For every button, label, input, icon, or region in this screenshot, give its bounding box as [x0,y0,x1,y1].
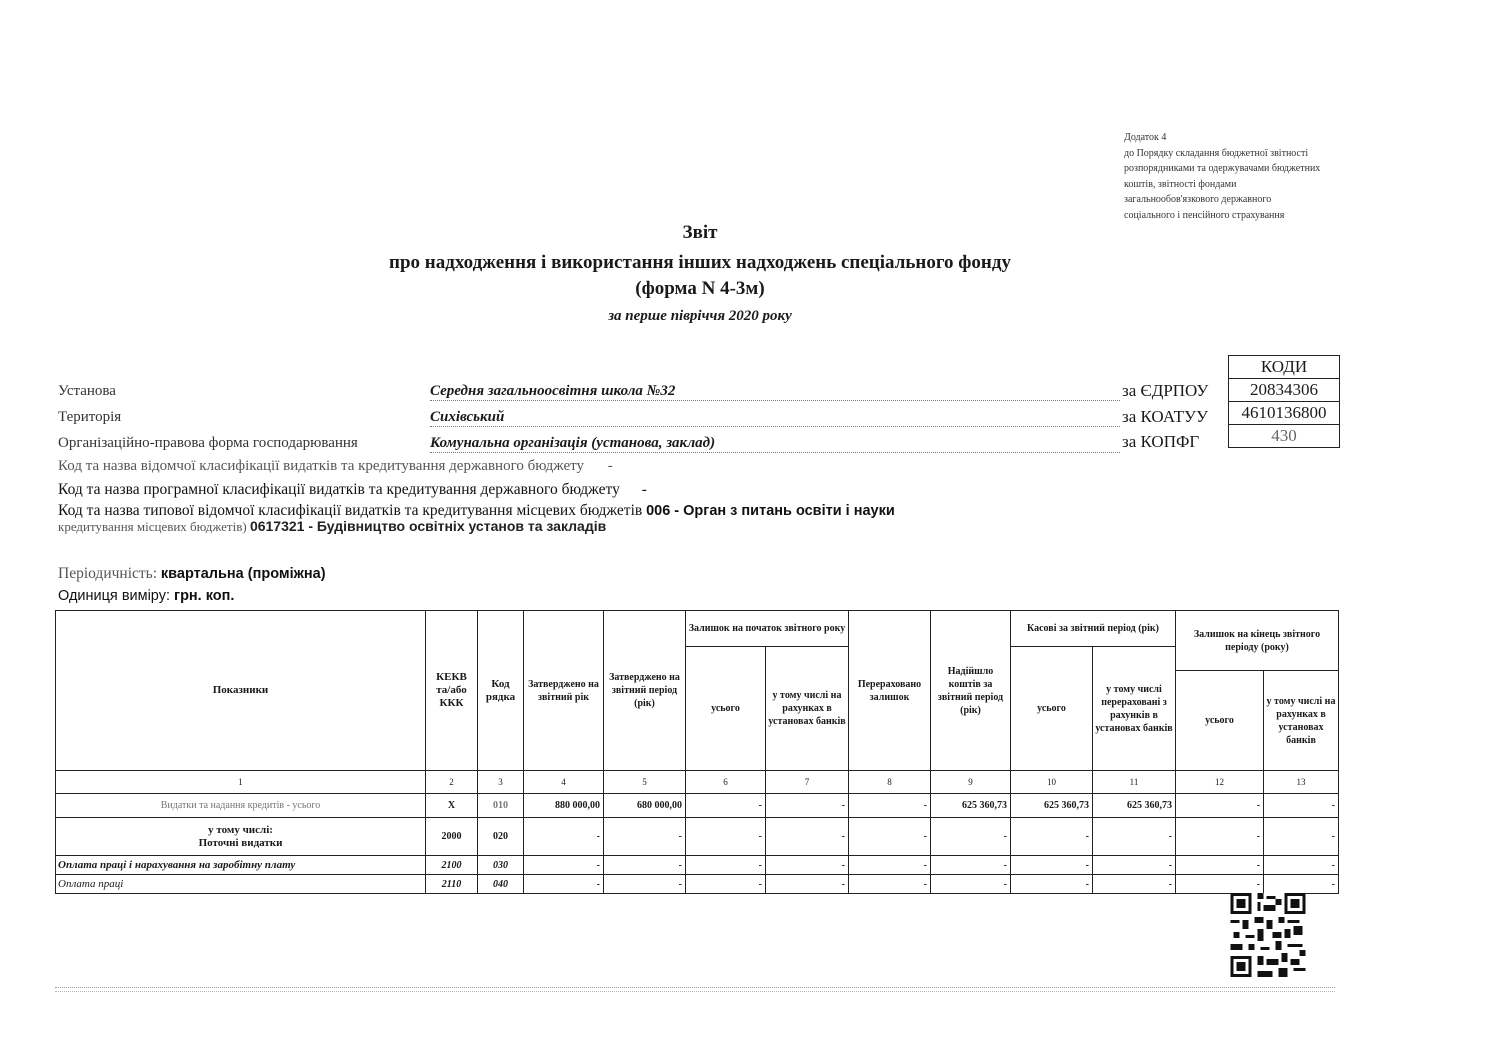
cell: - [686,856,766,875]
institution-label: Установа [58,383,116,400]
institution-value: Середня загальноосвітня школа №32 [430,383,1120,401]
report-subtitle: про надходження і використання інших над… [0,252,1400,274]
cell: - [524,856,604,875]
codes-table: КОДИ 20834306 4610136800 430 [1228,355,1340,448]
cell: - [604,856,686,875]
header-transferred: Перераховано залишок [849,611,931,771]
row-name-main: Поточні видатки [58,837,423,850]
territory-value: Сихівський [430,409,1120,427]
cell: - [686,794,766,818]
periodicity-value: квартальна (проміжна) [161,566,326,582]
cell: - [849,875,931,894]
qr-code-icon [1230,893,1306,977]
cell: - [931,875,1011,894]
dept-classification-label: Код та назва відомчої класифікації видат… [58,458,584,474]
report-title: Звіт [0,222,1400,244]
cell: 680 000,00 [604,794,686,818]
table-row: Видатки та надання кредитів - усього X 0… [56,794,1339,818]
local-program-line: кредитування місцевих бюджетів) 0617321 … [58,518,606,535]
periodicity-label: Періодичність: [58,565,157,582]
header-balance-end: Залишок на кінець звітного періоду (року… [1176,611,1339,671]
header-balance-end-banks: у тому числі на рахунках в установах бан… [1264,671,1339,771]
col-number: 13 [1264,771,1339,794]
header-balance-start: Залишок на початок звітного року [686,611,849,647]
header-balance-start-total: усього [686,647,766,771]
cell: - [1176,818,1264,856]
row-kekv: X [426,794,478,818]
cell: - [1093,856,1176,875]
form-number: (форма N 4-3м) [0,278,1400,300]
cell: - [604,818,686,856]
cell: - [686,818,766,856]
row-kekv: 2100 [426,856,478,875]
header-balance-start-banks: у тому числі на рахунках в установах бан… [766,647,849,771]
report-period: за перше півріччя 2020 року [0,308,1400,325]
cell: - [1176,794,1264,818]
col-number: 9 [931,771,1011,794]
legal-form-label: Організаційно-правова форма господарюван… [58,435,358,452]
cell: 880 000,00 [524,794,604,818]
table-row: Оплата праці 2110 040 - - - - - - - - - … [56,875,1339,894]
local-program-value: 0617321 - Будівництво освітніх установ т… [250,518,606,534]
dept-classification-line: Код та назва відомчої класифікації видат… [58,458,613,475]
header-kekv: КЕКВ та/або ККК [426,611,478,771]
row-kekv: 2000 [426,818,478,856]
col-number: 5 [604,771,686,794]
cell: 625 360,73 [1011,794,1093,818]
table-row: Оплата праці і нарахування на заробітну … [56,856,1339,875]
dept-classification-value: - [608,458,613,474]
code-label-kopfg: за КОПФГ [1122,432,1199,452]
row-name-prefix: у тому числі: [58,824,423,837]
cell: - [524,875,604,894]
cell: - [1011,875,1093,894]
header-cash: Касові за звітний період (рік) [1011,611,1176,647]
table-row: у тому числі: Поточні видатки 2000 020 -… [56,818,1339,856]
program-classification-label: Код та назва програмної класифікації вид… [58,481,620,498]
row-code: 030 [478,856,524,875]
cell: - [604,875,686,894]
cell: - [1264,856,1339,875]
cell: - [766,875,849,894]
cell: - [766,818,849,856]
code-label-koatuu: за КОАТУУ [1122,407,1208,427]
col-number: 12 [1176,771,1264,794]
appendix-line: соціального і пенсійного страхування [1124,208,1320,224]
unit-line: Одиниця виміру: грн. коп. [58,588,234,604]
unit-value: грн. коп. [174,588,234,604]
cell: - [1093,818,1176,856]
header-indicators: Показники [56,611,426,771]
cell: - [1176,875,1264,894]
cell: 625 360,73 [931,794,1011,818]
header-balance-end-total: усього [1176,671,1264,771]
code-edrpou: 20834306 [1229,379,1340,402]
col-number: 8 [849,771,931,794]
cell: - [686,875,766,894]
codes-header: КОДИ [1229,356,1340,379]
col-number: 4 [524,771,604,794]
cell: - [524,818,604,856]
row-code: 040 [478,875,524,894]
col-number: 3 [478,771,524,794]
col-number: 6 [686,771,766,794]
program-classification-value: - [642,481,647,498]
col-number: 2 [426,771,478,794]
cell: - [1264,818,1339,856]
col-number: 11 [1093,771,1176,794]
territory-label: Територія [58,409,121,426]
row-name: Видатки та надання кредитів - усього [56,794,426,818]
cell: - [1011,818,1093,856]
col-number: 7 [766,771,849,794]
row-name: Оплата праці [56,875,426,894]
appendix-line: Додаток 4 [1124,130,1320,146]
appendix-note: Додаток 4 до Порядку складання бюджетної… [1124,130,1320,223]
row-code: 010 [478,794,524,818]
appendix-line: загальнообов'язкового державного [1124,192,1320,208]
row-name: у тому числі: Поточні видатки [56,818,426,856]
header-approved-period: Затверджено на звітний період (рік) [604,611,686,771]
col-number: 10 [1011,771,1093,794]
row-code: 020 [478,818,524,856]
cell: - [931,818,1011,856]
header-received: Надійшло коштів за звітний період (рік) [931,611,1011,771]
code-label-edrpou: за ЄДРПОУ [1122,381,1208,401]
cell: - [1011,856,1093,875]
header-cash-total: усього [1011,647,1093,771]
local-program-prefix: кредитування місцевих бюджетів) [58,519,247,534]
header-cash-banks: у тому числі перераховані з рахунків в у… [1093,647,1176,771]
periodicity-line: Періодичність: квартальна (проміжна) [58,565,326,583]
col-number: 1 [56,771,426,794]
cell: 625 360,73 [1093,794,1176,818]
appendix-line: розпорядниками та одержувачами бюджетних [1124,161,1320,177]
column-number-row: 1 2 3 4 5 6 7 8 9 10 11 12 13 [56,771,1339,794]
cell: - [1176,856,1264,875]
typical-classification-value: 006 - Орган з питань освіти і науки [646,503,895,519]
row-kekv: 2110 [426,875,478,894]
header-row-code: Код рядка [478,611,524,771]
cell: - [849,856,931,875]
cell: - [1093,875,1176,894]
row-name: Оплата праці і нарахування на заробітну … [56,856,426,875]
report-table: Показники КЕКВ та/або ККК Код рядка Затв… [55,610,1339,894]
appendix-line: до Порядку складання бюджетної звітності [1124,146,1320,162]
cell: - [931,856,1011,875]
appendix-line: коштів, звітності фондами [1124,177,1320,193]
code-kopfg: 430 [1229,425,1340,448]
cell: - [849,794,931,818]
typical-classification-label: Код та назва типової відомчої класифікац… [58,502,642,519]
header-approved-year: Затверджено на звітний рік [524,611,604,771]
legal-form-value: Комунальна організація (установа, заклад… [430,435,1120,453]
code-koatuu: 4610136800 [1229,402,1340,425]
program-classification-line: Код та назва програмної класифікації вид… [58,481,647,499]
footer-divider [55,987,1335,992]
cell: - [1264,875,1339,894]
cell: - [1264,794,1339,818]
cell: - [766,794,849,818]
cell: - [766,856,849,875]
cell: - [849,818,931,856]
unit-label: Одиниця виміру: [58,588,170,604]
